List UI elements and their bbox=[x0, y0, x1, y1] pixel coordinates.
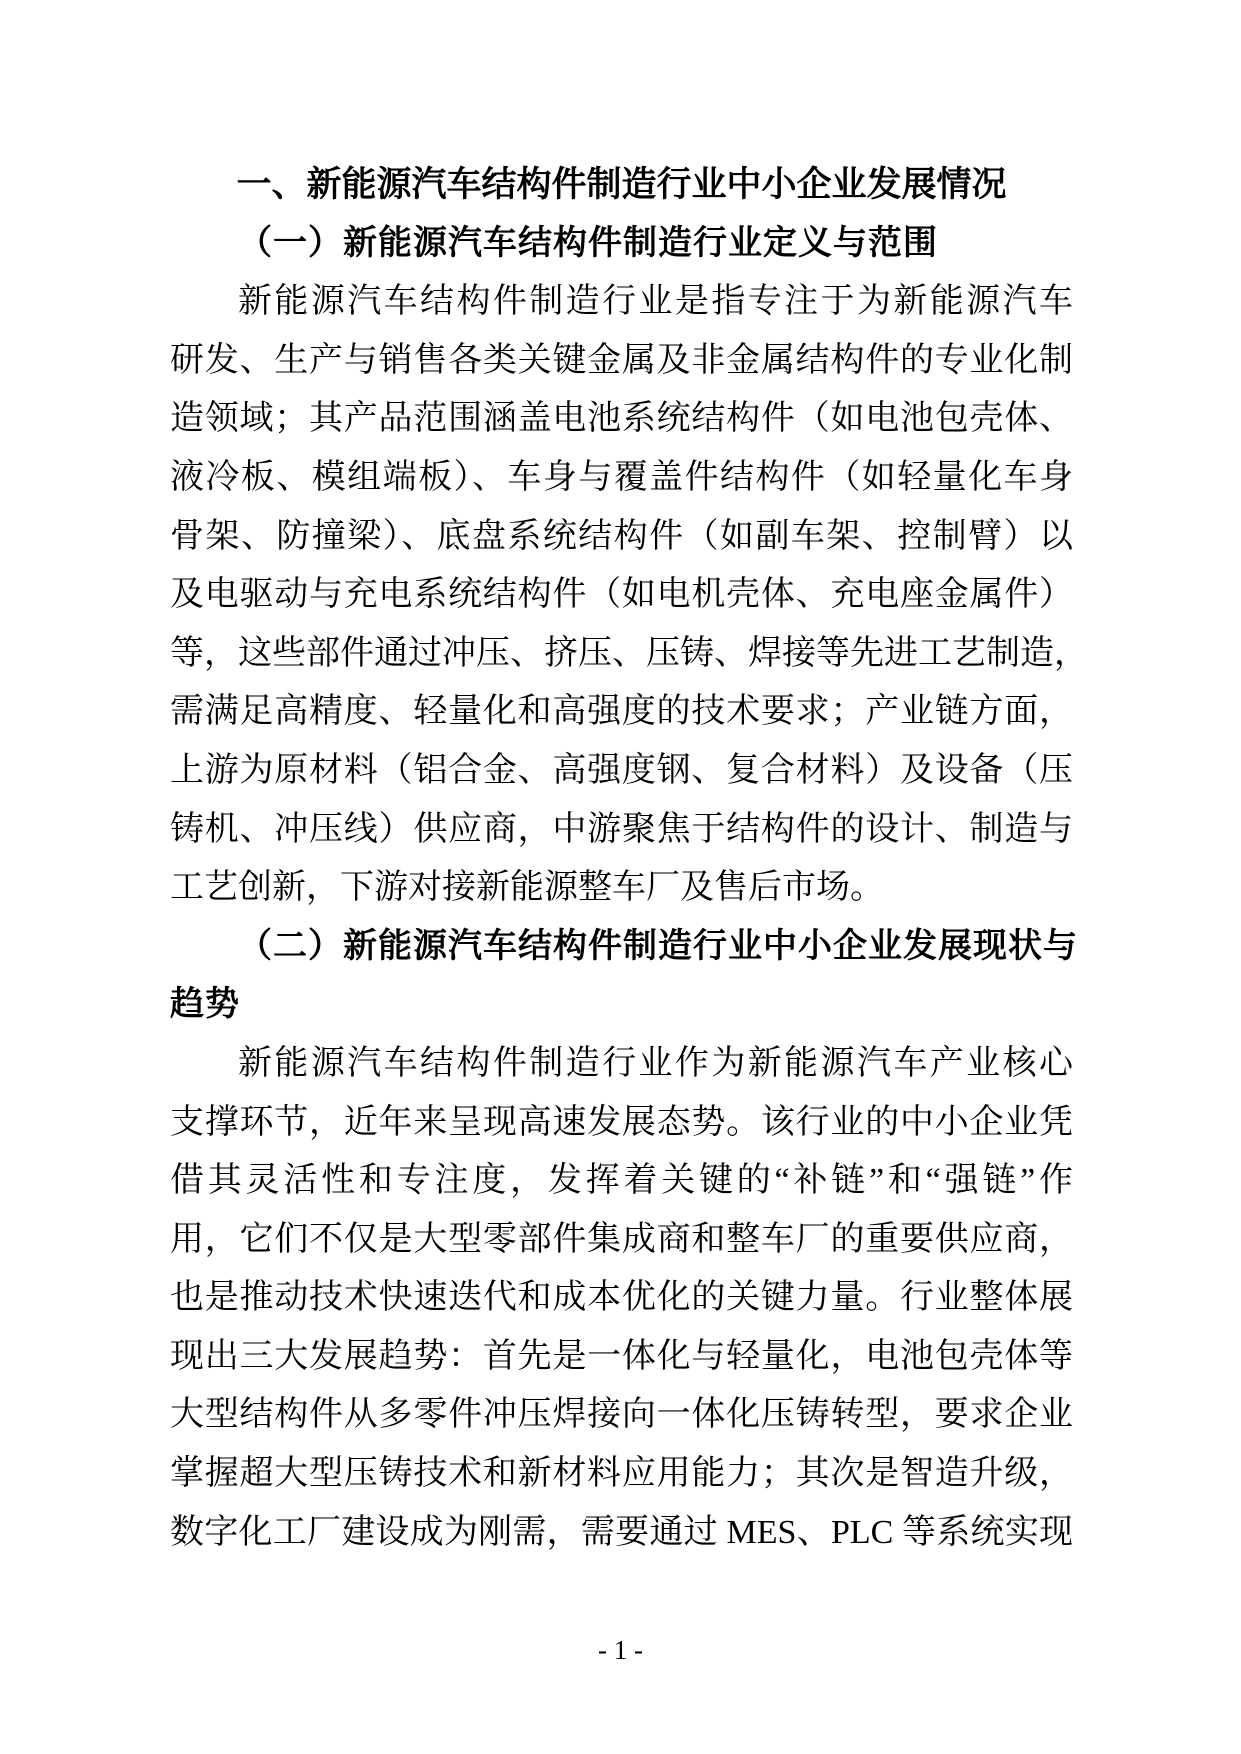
paragraph2-line: 现出三大发展趋势：首先是一体化与轻量化，电池包壳体等 bbox=[170, 1328, 1073, 1387]
paragraph1-line: 铸机、冲压线）供应商，中游聚焦于结构件的设计、制造与 bbox=[170, 801, 1073, 860]
paragraph1-line: 新能源汽车结构件制造行业是指专注于为新能源汽车 bbox=[170, 273, 1073, 332]
section2-heading-line1: （二）新能源汽车结构件制造行业中小企业发展现状与 bbox=[170, 918, 1073, 977]
paragraph1-line: 等，这些部件通过冲压、挤压、压铸、焊接等先进工艺制造， bbox=[170, 625, 1073, 684]
paragraph1-line: 骨架、防撞梁）、底盘系统结构件（如副车架、控制臂）以 bbox=[170, 508, 1073, 567]
paragraph1-line: 造领域；其产品范围涵盖电池系统结构件（如电池包壳体、 bbox=[170, 390, 1073, 449]
paragraph1-line: 工艺创新，下游对接新能源整车厂及售后市场。 bbox=[170, 859, 1073, 918]
paragraph1-line: 研发、生产与销售各类关键金属及非金属结构件的专业化制 bbox=[170, 332, 1073, 391]
paragraph2-line: 大型结构件从多零件冲压焊接向一体化压铸转型，要求企业 bbox=[170, 1386, 1073, 1445]
paragraph2-line: 借其灵活性和专注度，发挥着关键的“补链”和“强链”作 bbox=[170, 1152, 1073, 1211]
paragraph1-line: 液冷板、模组端板）、车身与覆盖件结构件（如轻量化车身 bbox=[170, 449, 1073, 508]
paragraph2-line: 支撑环节，近年来呈现高速发展态势。该行业的中小企业凭 bbox=[170, 1094, 1073, 1153]
paragraph2-line: 数字化工厂建设成为刚需，需要通过 MES、PLC 等系统实现 bbox=[170, 1504, 1073, 1563]
paragraph2-line: 掌握超大型压铸技术和新材料应用能力；其次是智造升级， bbox=[170, 1445, 1073, 1504]
page-number: - 1 - bbox=[0, 1634, 1241, 1666]
paragraph2-line: 也是推动技术快速迭代和成本优化的关键力量。行业整体展 bbox=[170, 1269, 1073, 1328]
paragraph2-line: 新能源汽车结构件制造行业作为新能源汽车产业核心 bbox=[170, 1035, 1073, 1094]
section1-heading: （一）新能源汽车结构件制造行业定义与范围 bbox=[170, 215, 1073, 274]
paragraph1-line: 上游为原材料（铝合金、高强度钢、复合材料）及设备（压 bbox=[170, 742, 1073, 801]
document-page: 一、新能源汽车结构件制造行业中小企业发展情况 （一）新能源汽车结构件制造行业定义… bbox=[0, 0, 1241, 1754]
paragraph1-line: 需满足高精度、轻量化和高强度的技术要求；产业链方面， bbox=[170, 683, 1073, 742]
paragraph1-line: 及电驱动与充电系统结构件（如电机壳体、充电座金属件） bbox=[170, 566, 1073, 625]
paragraph2-line: 用，它们不仅是大型零部件集成商和整车厂的重要供应商， bbox=[170, 1211, 1073, 1270]
section2-heading-line2: 趋势 bbox=[170, 976, 1073, 1035]
main-heading: 一、新能源汽车结构件制造行业中小企业发展情况 bbox=[170, 156, 1073, 215]
document-body: 一、新能源汽车结构件制造行业中小企业发展情况 （一）新能源汽车结构件制造行业定义… bbox=[170, 156, 1073, 1562]
